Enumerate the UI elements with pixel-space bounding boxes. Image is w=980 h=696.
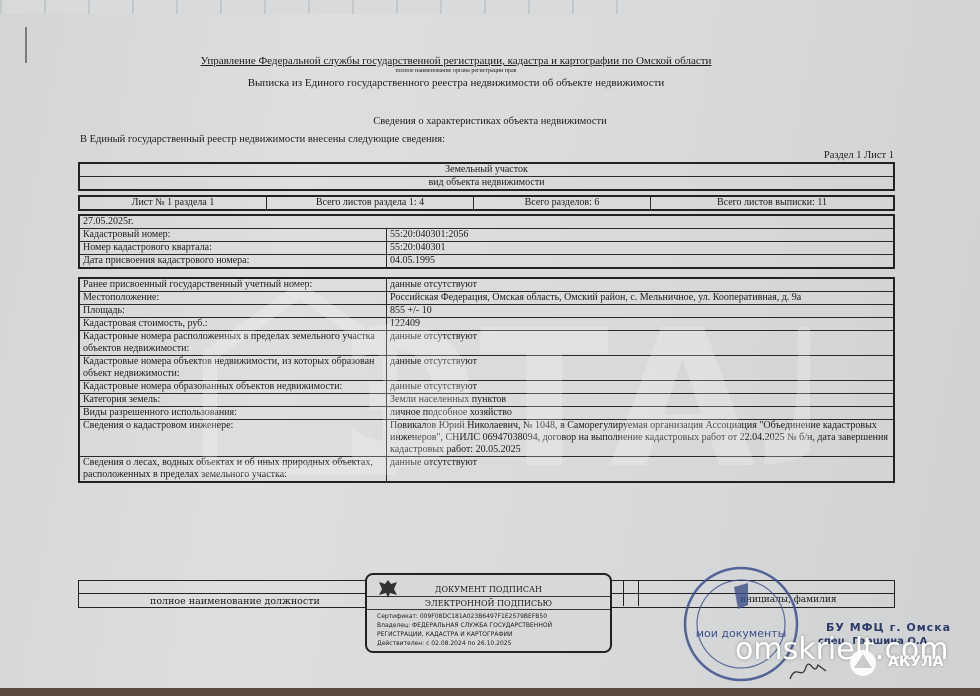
row-label: Кадастровый номер:: [79, 229, 387, 242]
row-value: Российская Федерация, Омская область, Ом…: [387, 292, 895, 305]
table-row: Виды разрешенного использования:личное п…: [79, 407, 894, 420]
row-value: 55:20:040301: [387, 242, 895, 255]
table-row: Местоположение:Российская Федерация, Омс…: [79, 292, 894, 305]
akula-logo-icon: [848, 648, 878, 678]
row-value: данные отсутствуют: [387, 356, 895, 381]
table-row: Кадастровый номер:55:20:040301:2056: [79, 229, 894, 242]
row-value: 855 +/- 10: [387, 305, 895, 318]
organization-name: Управление Федеральной службы государств…: [0, 55, 912, 67]
row-label: Кадастровые номера объектов недвижимости…: [79, 356, 387, 381]
row-value: 122409: [387, 318, 895, 331]
brand-watermark: АКУЛА: [888, 654, 944, 670]
extract-date: 27.05.2025г.: [79, 215, 894, 229]
row-value: 04.05.1995: [387, 255, 895, 269]
table-row: Кадастровая стоимость, руб.:122409: [79, 318, 894, 331]
underlying-page-edge: [0, 0, 620, 14]
document-title: Выписка из Единого государственного реес…: [0, 77, 912, 89]
table-row: Номер кадастрового квартала:55:20:040301: [79, 242, 894, 255]
row-label: Категория земель:: [79, 394, 387, 407]
row-value: данные отсутствуют: [387, 331, 895, 356]
row-value: Повикалов Юрий Николаевич, № 1048, в Сам…: [387, 420, 895, 457]
row-label: Кадастровые номера расположенных в преде…: [79, 331, 387, 356]
section-title: Сведения о характеристиках объекта недви…: [0, 116, 980, 127]
row-label: Кадастровая стоимость, руб.:: [79, 318, 387, 331]
row-label: Местоположение:: [79, 292, 387, 305]
table-row: Кадастровые номера расположенных в преде…: [79, 331, 894, 356]
position-caption: полное наименование должности: [150, 596, 320, 607]
object-type-caption: вид объекта недвижимости: [79, 177, 894, 191]
object-type-table: Земельный участок вид объекта недвижимос…: [78, 162, 895, 191]
row-label: Площадь:: [79, 305, 387, 318]
table-row: Кадастровые номера объектов недвижимости…: [79, 356, 894, 381]
table-row: Кадастровые номера образованных объектов…: [79, 381, 894, 394]
table-row: Ранее присвоенный государственный учетны…: [79, 278, 894, 292]
row-value: данные отсутствуют: [387, 278, 895, 292]
page-reference: Раздел 1 Лист 1: [824, 150, 894, 161]
esig-line-1: ДОКУМЕНТ ПОДПИСАН: [367, 585, 610, 594]
row-value: личное подсобное хозяйство: [387, 407, 895, 420]
esig-owner-1: Владелец: ФЕДЕРАЛЬНАЯ СЛУЖБА ГОСУДАРСТВЕ…: [377, 622, 552, 629]
esig-validity: Действителен: с 02.08.2024 по 26.10.2025: [377, 640, 511, 647]
row-label: Ранее присвоенный государственный учетны…: [79, 278, 387, 292]
esig-owner-2: РЕГИСТРАЦИИ, КАДАСТРА И КАРТОГРАФИИ: [377, 631, 513, 638]
row-value: 55:20:040301:2056: [387, 229, 895, 242]
table-row: Дата присвоения кадастрового номера:04.0…: [79, 255, 894, 269]
electronic-signature-block: ДОКУМЕНТ ПОДПИСАН ЭЛЕКТРОННОЙ ПОДПИСЬЮ С…: [365, 573, 612, 653]
intro-text: В Единый государственный реестр недвижим…: [80, 134, 445, 145]
desk-edge: [0, 688, 980, 696]
row-label: Виды разрешенного использования:: [79, 407, 387, 420]
row-label: Сведения о лесах, водных объектах и об и…: [79, 457, 387, 483]
cadastral-table: 27.05.2025г. Кадастровый номер:55:20:040…: [78, 214, 895, 269]
total-sheet-count: Всего листов выписки: 11: [651, 196, 895, 210]
esig-certificate: Сертификат: 009F08DC181A023B6497F1E2579B…: [377, 613, 547, 620]
esig-line-2: ЭЛЕКТРОННОЙ ПОДПИСЬЮ: [367, 599, 610, 608]
table-row: Категория земель:Земли населенных пункто…: [79, 394, 894, 407]
row-label: Кадастровые номера образованных объектов…: [79, 381, 387, 394]
table-row: Площадь:855 +/- 10: [79, 305, 894, 318]
sheet-number: Лист № 1 раздела 1: [79, 196, 267, 210]
row-value: данные отсутствуют: [387, 457, 895, 483]
signature-divider: [638, 580, 639, 606]
section-count: Всего разделов: 6: [474, 196, 651, 210]
row-value: данные отсутствуют: [387, 381, 895, 394]
sheet-info-table: Лист № 1 раздела 1 Всего листов раздела …: [78, 195, 895, 211]
table-row: Сведения о кадастровом инженере:Повикало…: [79, 420, 894, 457]
object-type: Земельный участок: [79, 163, 894, 177]
row-label: Дата присвоения кадастрового номера:: [79, 255, 387, 269]
row-label: Номер кадастрового квартала:: [79, 242, 387, 255]
row-value: Земли населенных пунктов: [387, 394, 895, 407]
row-label: Сведения о кадастровом инженере:: [79, 420, 387, 457]
characteristics-table: Ранее присвоенный государственный учетны…: [78, 277, 895, 483]
organization-caption: полное наименование органа регистрации п…: [0, 68, 912, 74]
signature-divider: [623, 580, 624, 606]
table-row: Сведения о лесах, водных объектах и об и…: [79, 457, 894, 483]
section-sheet-count: Всего листов раздела 1: 4: [267, 196, 474, 210]
